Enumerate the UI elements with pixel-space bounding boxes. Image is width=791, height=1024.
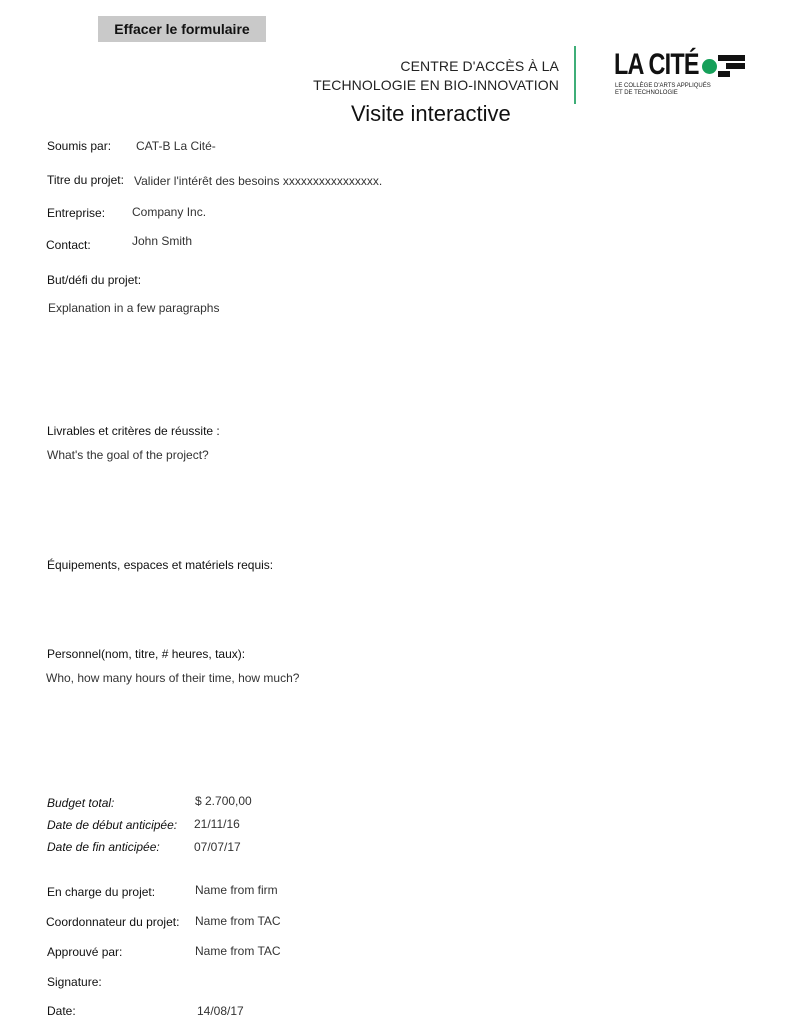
start-date-label: Date de début anticipée: [47,818,177,832]
deliverables-field[interactable]: What's the goal of the project? [47,448,747,548]
logo-subtitle: LE COLLÈGE D'ARTS APPLIQUÉS ET DE TECHNO… [615,83,711,97]
logo-bars-icon [718,55,745,77]
date-label: Date: [47,1004,76,1018]
header-separator [574,46,576,104]
signature-label: Signature: [47,975,102,989]
company-field[interactable]: Company Inc. [132,205,206,219]
equipment-field[interactable] [47,580,747,640]
budget-total-label: Budget total: [47,796,114,810]
org-name-line2: TECHNOLOGIE EN BIO-INNOVATION [313,76,559,95]
personnel-label: Personnel(nom, titre, # heures, taux): [47,647,245,661]
submitted-by-field[interactable]: CAT-B La Cité- [136,139,216,153]
la-cite-logo: LA CITÉ LE COLLÈGE D'ARTS APPLIQUÉS ET D… [614,50,749,102]
goal-field[interactable]: Explanation in a few paragraphs [48,301,748,411]
end-date-field[interactable]: 07/07/17 [194,840,241,854]
equipment-label: Équipements, espaces et matériels requis… [47,558,273,572]
end-date-label: Date de fin anticipée: [47,840,160,854]
start-date-field[interactable]: 21/11/16 [194,817,240,831]
page-title: Visite interactive [351,101,511,127]
org-name: CENTRE D'ACCÈS À LA TECHNOLOGIE EN BIO-I… [313,57,559,95]
date-field[interactable]: 14/08/17 [197,1004,244,1018]
logo-wordmark: LA CITÉ [614,50,699,80]
contact-field[interactable]: John Smith [132,234,192,248]
clear-form-button[interactable]: Effacer le formulaire [98,16,266,42]
approved-by-label: Approuvé par: [47,945,122,959]
submitted-by-label: Soumis par: [47,139,111,153]
goal-label: But/défi du projet: [47,273,141,287]
personnel-field[interactable]: Who, how many hours of their time, how m… [46,671,746,781]
coordinator-label: Coordonnateur du projet: [46,915,179,929]
project-title-field[interactable]: Valider l'intérêt des besoins xxxxxxxxxx… [134,174,382,188]
in-charge-label: En charge du projet: [47,885,155,899]
in-charge-field[interactable]: Name from firm [195,883,278,897]
deliverables-label: Livrables et critères de réussite : [47,424,220,438]
logo-dot-icon [702,59,717,74]
approved-by-field[interactable]: Name from TAC [195,944,281,958]
coordinator-field[interactable]: Name from TAC [195,914,281,928]
contact-label: Contact: [46,238,91,252]
company-label: Entreprise: [47,206,105,220]
project-title-label: Titre du projet: [47,173,124,187]
org-name-line1: CENTRE D'ACCÈS À LA [313,57,559,76]
budget-total-field[interactable]: $ 2.700,00 [195,794,252,808]
signature-field[interactable] [195,972,395,990]
